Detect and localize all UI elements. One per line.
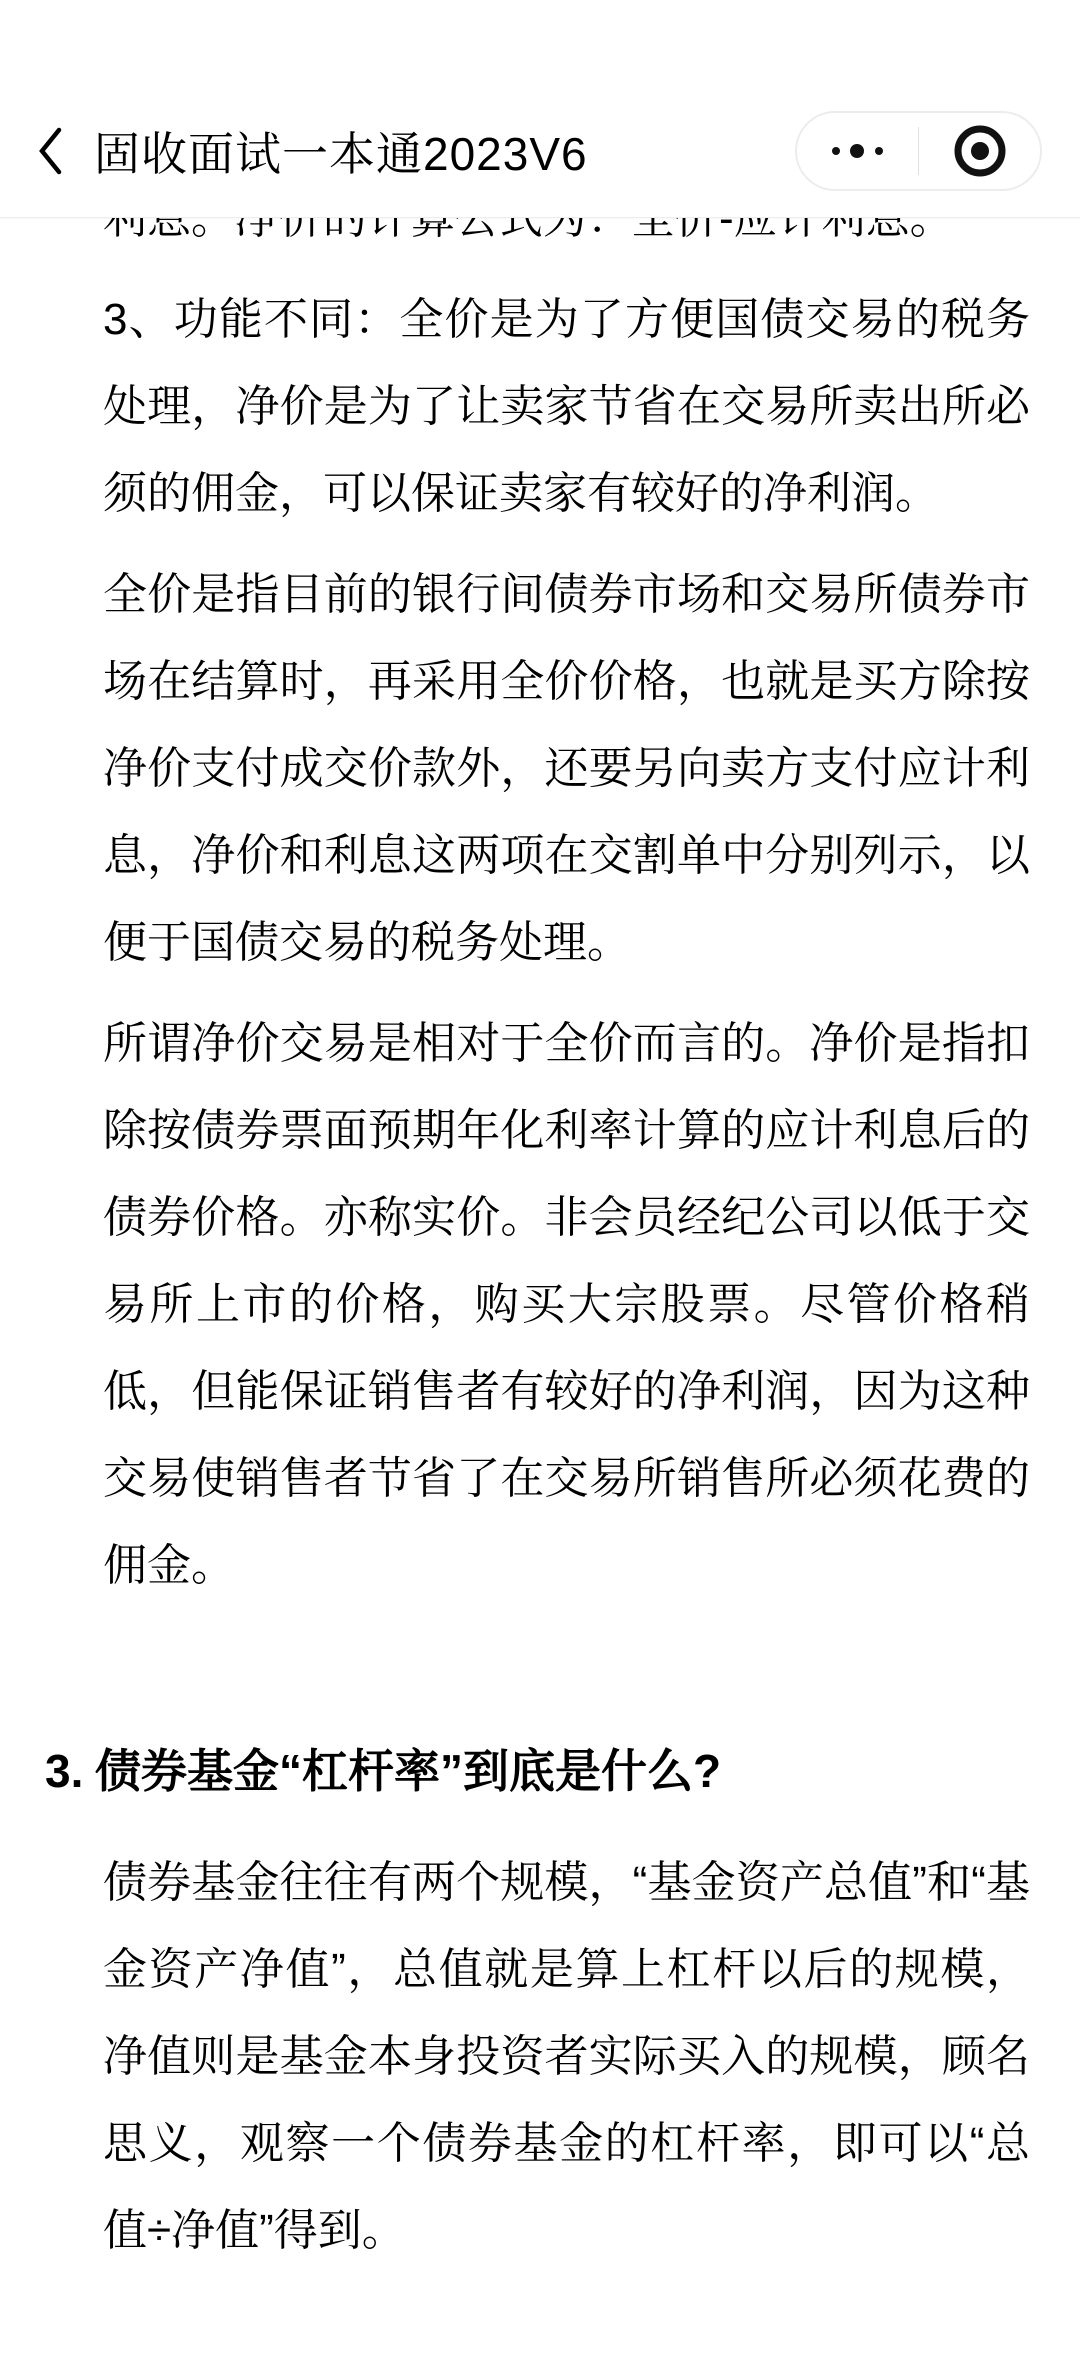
capsule-close-button[interactable] xyxy=(919,113,1040,189)
page-title: 固收面试一本通2023V6 xyxy=(94,118,795,184)
section-heading: 3. 债券基金“杠杆率”到底是什么? xyxy=(45,1739,1030,1803)
section-title: 债券基金“杠杆率”到底是什么? xyxy=(95,1739,1030,1803)
ellipsis-icon xyxy=(829,141,887,161)
back-button[interactable] xyxy=(20,103,80,199)
miniprogram-capsule xyxy=(795,111,1042,191)
paragraph: 3、功能不同：全价是为了方便国债交易的税务处理，净价是为了让卖家节省在交易所卖出… xyxy=(103,276,1030,537)
capsule-more-button[interactable] xyxy=(797,113,918,189)
document-content[interactable]: 利息。净价的计算公式为：全价-应计利息。 3、功能不同：全价是为了方便国债交易的… xyxy=(103,175,1030,2274)
paragraph: 债券基金往往有两个规模，“基金资产总值”和“基金资产净值”，总值就是算上杠杆以后… xyxy=(103,1839,1030,2274)
chevron-left-icon xyxy=(38,127,62,175)
circle-dot-icon xyxy=(954,125,1006,177)
app-header: 固收面试一本通2023V6 xyxy=(0,0,1080,218)
section-number: 3. xyxy=(45,1739,95,1803)
paragraph: 全价是指目前的银行间债券市场和交易所债券市场在结算时，再采用全价价格，也就是买方… xyxy=(103,551,1030,986)
header-row: 固收面试一本通2023V6 xyxy=(0,103,1080,199)
paragraph: 所谓净价交易是相对于全价而言的。净价是指扣除按债券票面预期年化利率计算的应计利息… xyxy=(103,1000,1030,1609)
